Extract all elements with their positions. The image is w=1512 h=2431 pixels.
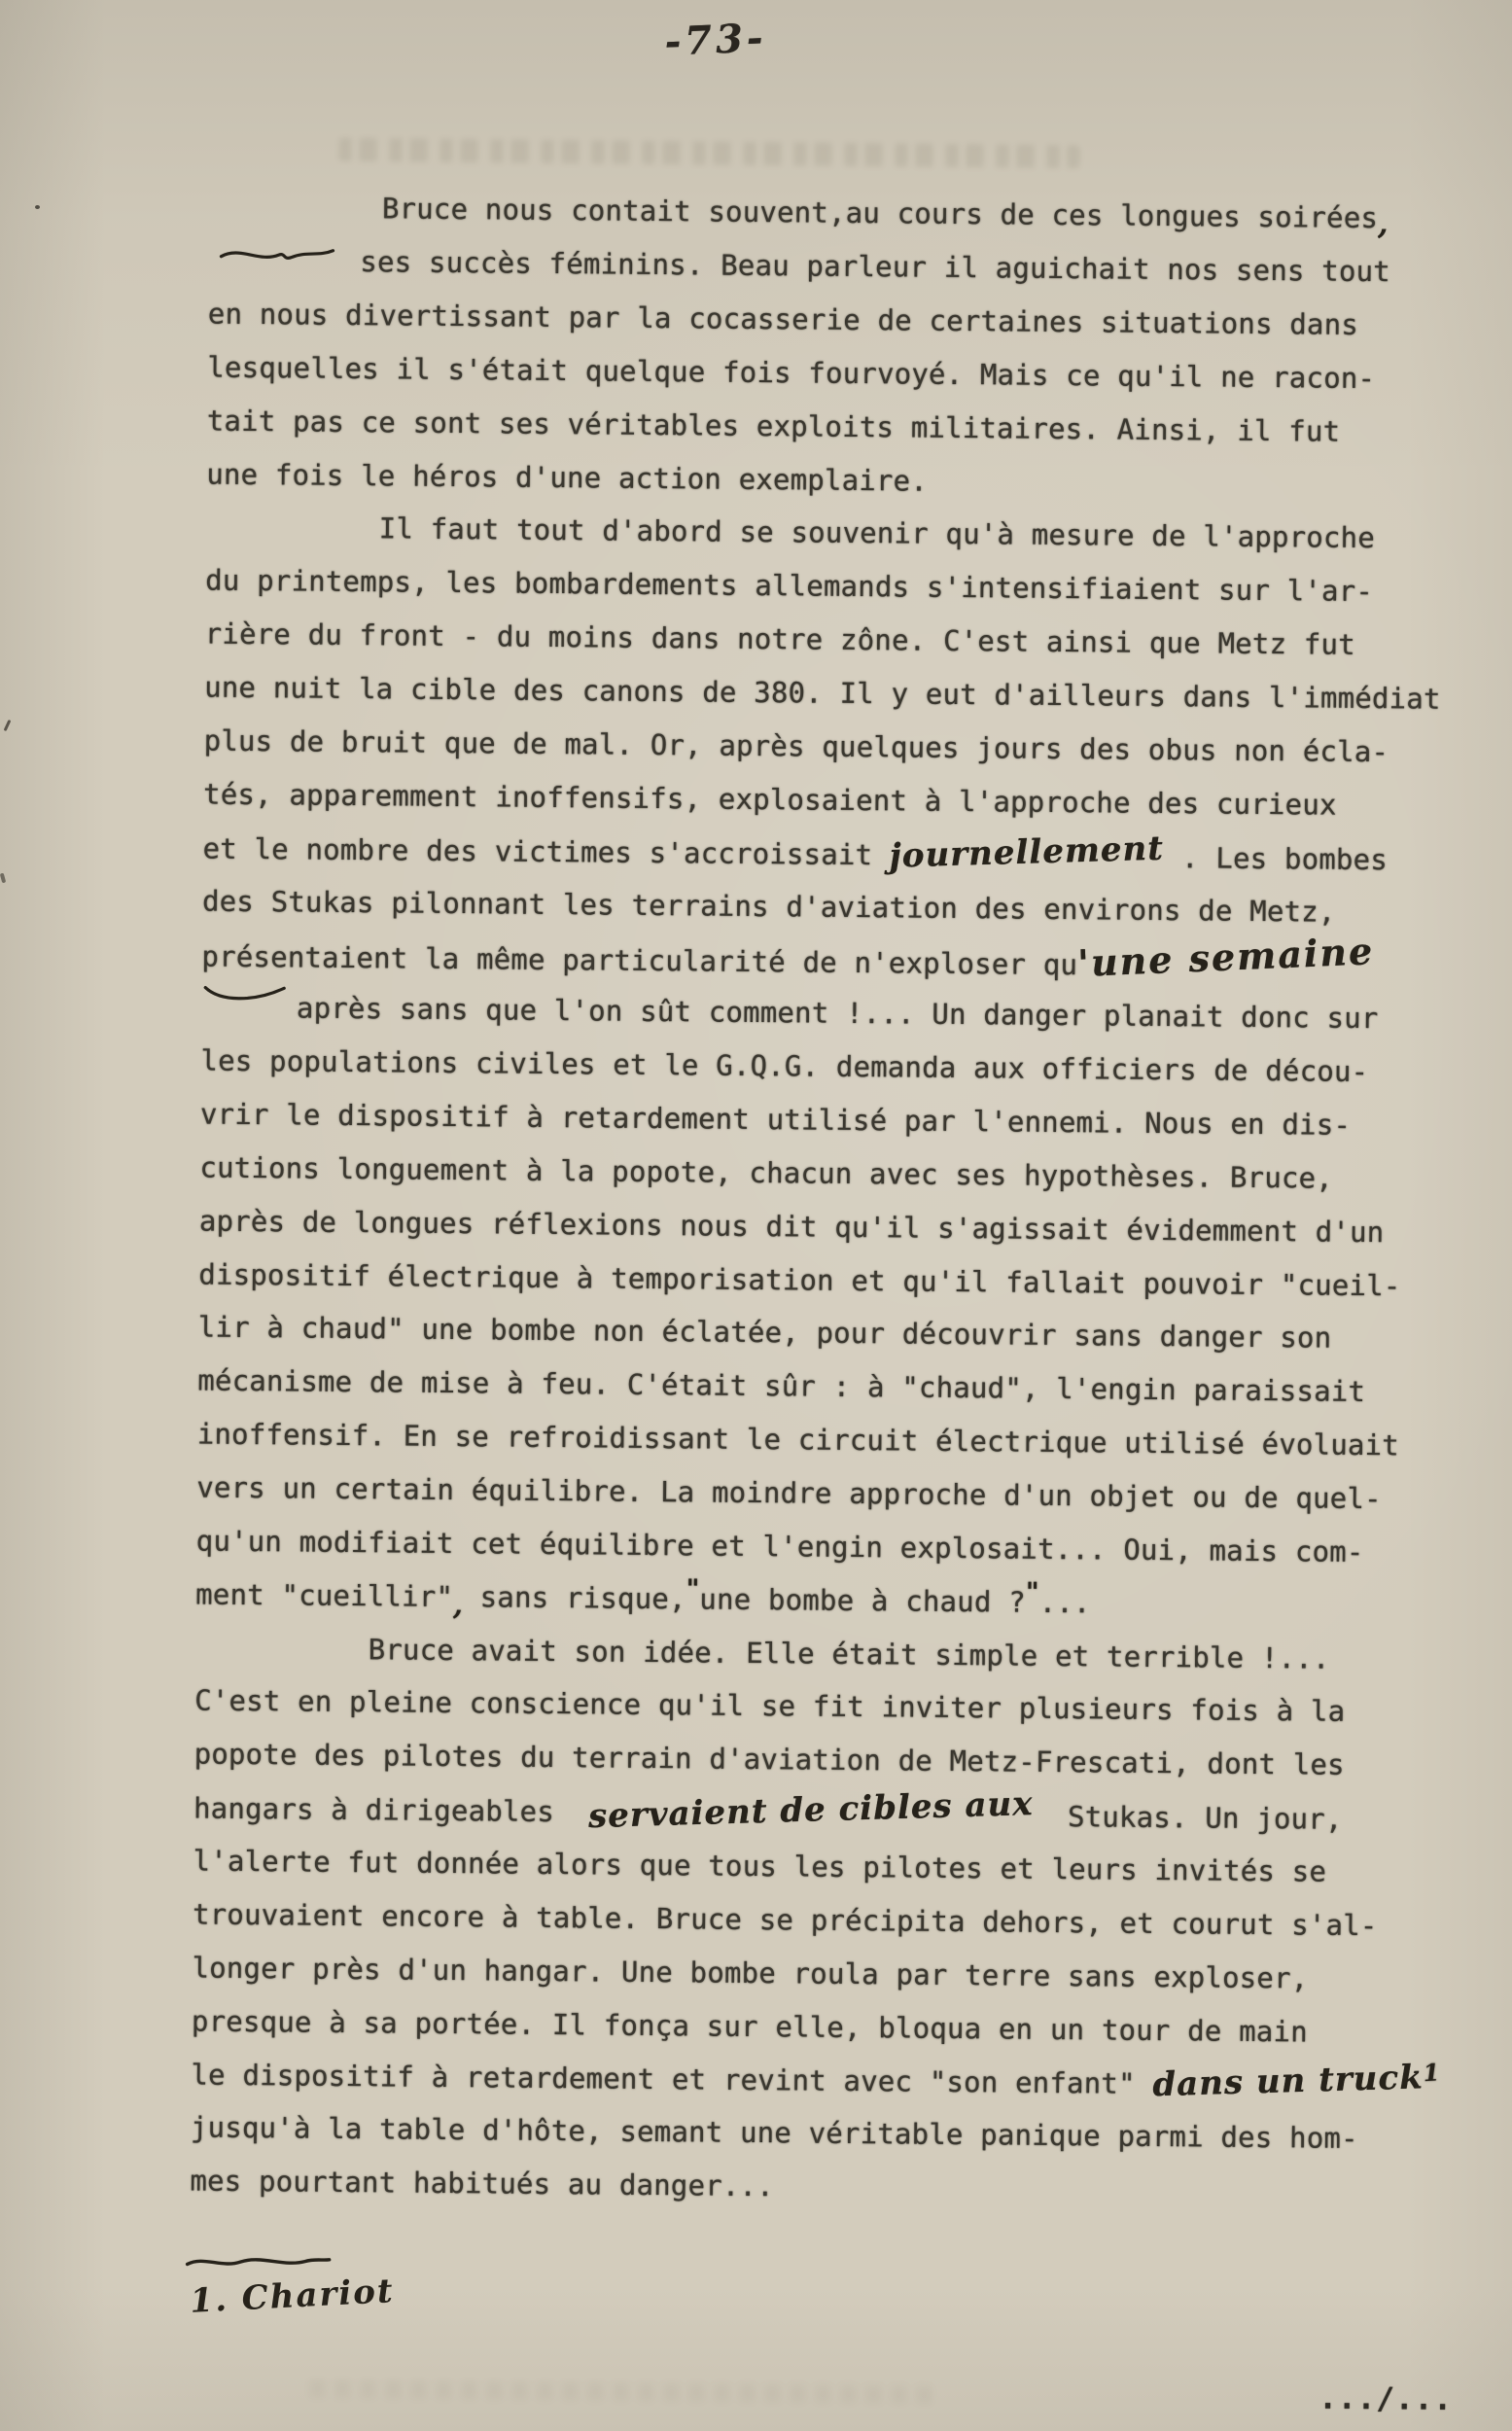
typescript-line: hangars à dirigeables servaient de cible…	[193, 1782, 1343, 1842]
handwritten-quote: "	[1026, 1568, 1039, 1617]
handwritten-insert: journellement	[889, 825, 1165, 881]
typescript-line: l'alerte fut donnée alors que tous les p…	[193, 1836, 1326, 1895]
erased-ghost-smudge	[309, 2380, 932, 2404]
typescript-line: Bruce avait son idée. Elle était simple …	[194, 1623, 1329, 1682]
typescript-line: ment "cueillir", sans risque,"une bombe …	[195, 1569, 1091, 1627]
handwritten-insert: dans un truck	[1152, 2053, 1424, 2109]
typescript-line: du printemps, les bombardements allemand…	[205, 556, 1373, 617]
typescript-line: jusqu'à la table d'hôte, semant une véri…	[191, 2102, 1358, 2163]
typescript-line: presque à sa portée. Il fonça sur elle, …	[192, 1996, 1308, 2056]
page-number: -73-	[664, 15, 768, 64]
typescript-line: rière du front - du moins dans notre zôn…	[204, 610, 1355, 669]
typescript-line: présentaient la même particularité de n'…	[201, 930, 1374, 990]
typescript-line: tait pas ce sont ses véritables exploits…	[207, 397, 1341, 456]
handwritten-insert: 'une semaine	[1076, 927, 1375, 988]
typescript-line: inoffensif. En se refroidissant le circu…	[197, 1409, 1400, 1469]
typescript-line: Il faut tout d'abord se souvenir qu'à me…	[206, 503, 1376, 563]
handwritten-insert: servaient de cibles aux	[588, 1779, 1035, 1841]
typescript-line: Bruce nous contait souvent,au cours de c…	[209, 183, 1389, 243]
handwritten-quote: "	[686, 1565, 700, 1613]
typescript-line: lir à chaud" une bombe non éclatée, pour…	[198, 1303, 1332, 1362]
page-content: -73- Bruce nous contait souvent,au cours…	[0, 0, 1512, 2431]
continuation-mark: .../...	[1319, 2381, 1453, 2417]
typescript-line: C'est en pleine conscience qu'il se fit …	[194, 1675, 1346, 1735]
typescript-line: des Stukas pilonnant les terrains d'avia…	[202, 877, 1336, 936]
typescript-line: après de longues réflexions nous dit qu'…	[199, 1197, 1385, 1257]
typescript-line: cutions longuement à la popote, chacun a…	[199, 1144, 1333, 1203]
typescript-line: mes pourtant habitués au danger...	[190, 2156, 774, 2210]
typescript-line: lesquelles il s'était quelque fois fourv…	[207, 343, 1375, 404]
typescript-line: vrir le dispositif à retardement utilisé…	[200, 1090, 1352, 1149]
typescript-line: une fois le héros d'une action exemplair…	[206, 450, 928, 506]
typescript-line: après sans que l'on sût comment !... Un …	[201, 983, 1379, 1043]
typescript-line: le dispositif à retardement et revint av…	[191, 2049, 1440, 2109]
typescript-line: popote des pilotes du terrain d'aviation…	[193, 1729, 1345, 1788]
typescript-line: dispositif électrique à temporisation et…	[198, 1251, 1401, 1311]
paper-speck	[35, 205, 40, 209]
handwritten-comma: ,	[453, 1581, 463, 1630]
typescript-line: plus de bruit que de mal. Or, après quel…	[203, 717, 1389, 777]
typescript-line: longer près d'un hangar. Une bombe roula…	[192, 1943, 1308, 2002]
typescript-line: vers un certain équilibre. La moindre ap…	[196, 1462, 1382, 1523]
typescript-line: trouvaient encore à table. Bruce se préc…	[193, 1889, 1378, 1950]
typescript-line: une nuit la cible des canons de 380. Il …	[204, 663, 1441, 723]
typescript-line: tés, apparemment inoffensifs, explosaien…	[203, 770, 1337, 829]
typescript-line: qu'un modifiait cet équilibre et l'engin…	[196, 1516, 1364, 1576]
footnote-text: 1. Chariot	[189, 2272, 395, 2321]
typescript-line: les populations civiles et le G.Q.G. dem…	[200, 1037, 1368, 1097]
typescript-line: ses succès féminins. Beau parleur il agu…	[208, 236, 1390, 297]
footnote-reference: 1	[1422, 2048, 1441, 2097]
typescript-line: et le nombre des victimes s'accroissait …	[202, 824, 1388, 884]
erased-ghost-line	[338, 138, 1079, 168]
handwritten-comma: ,	[1378, 200, 1389, 249]
typescript-line: en nous divertissant par la cocasserie d…	[208, 290, 1359, 349]
typescript-line: mécanisme de mise à feu. C'était sûr : à…	[197, 1356, 1365, 1416]
scanned-typescript-page: { "page": { "number": "-73-", "continuat…	[0, 0, 1512, 2431]
